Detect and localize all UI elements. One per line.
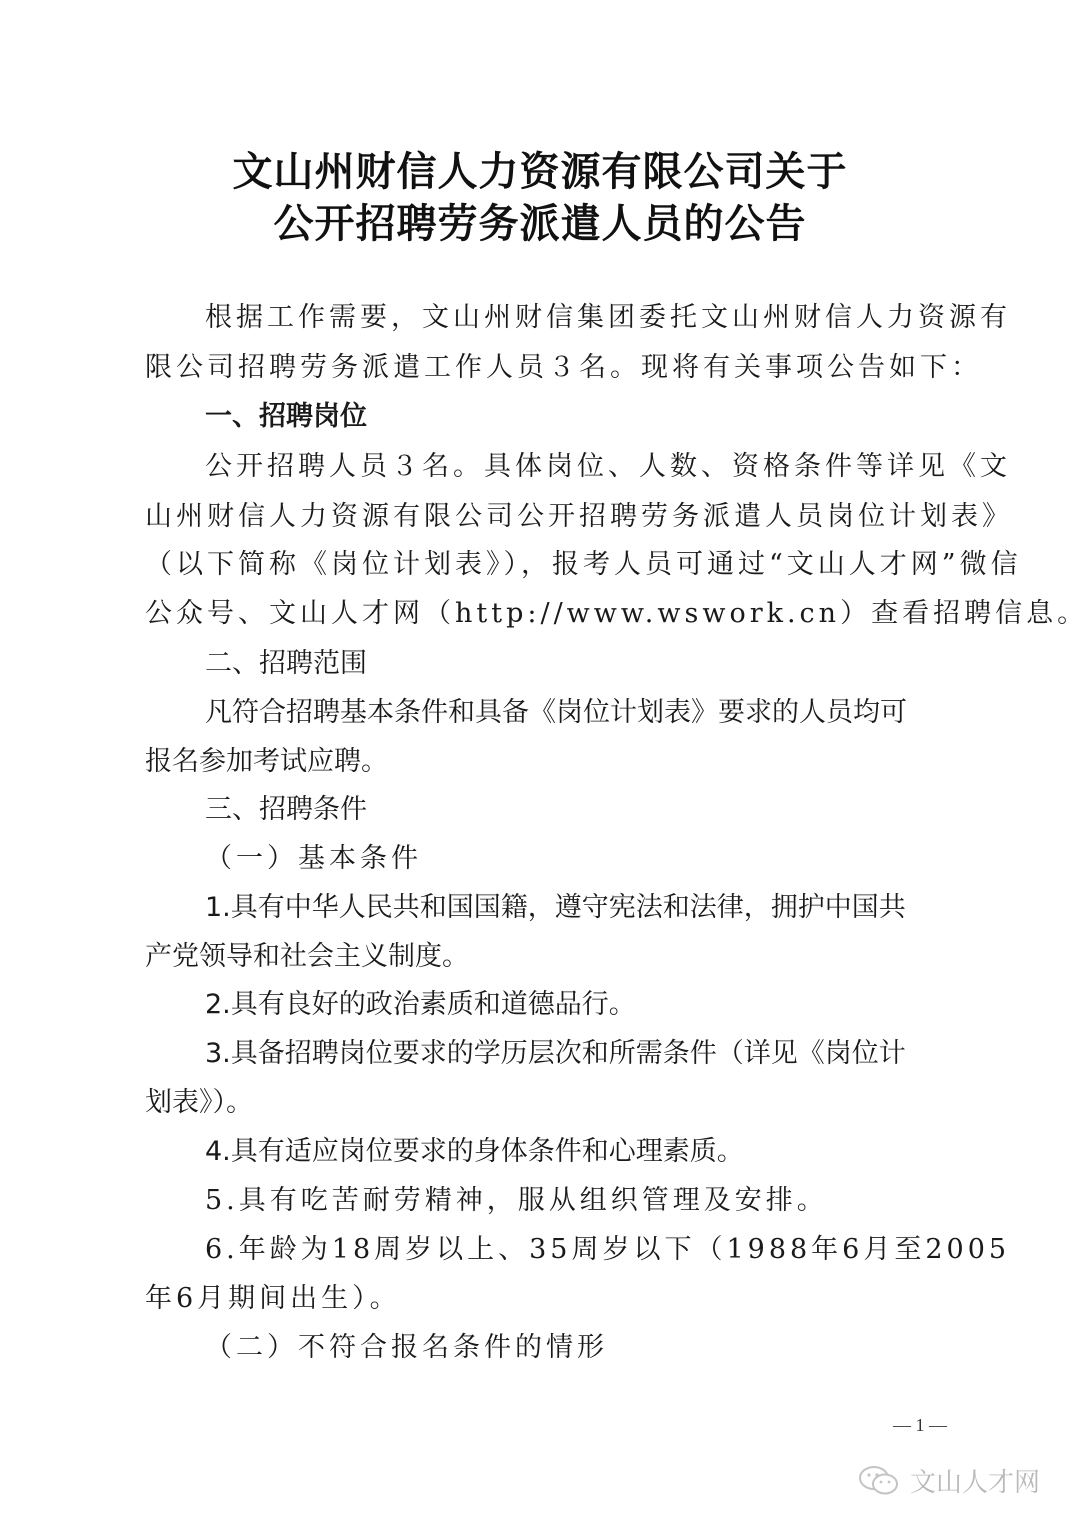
subsection-basic-conditions: （一）基本条件	[205, 841, 422, 877]
scope-paragraph-line-2: 报名参加考试应聘。	[145, 744, 388, 780]
intro-paragraph-line-1: 根据工作需要，文山州财信集团委托文山州财信人力资源有	[205, 300, 1011, 336]
condition-4: 4.具有适应岗位要求的身体条件和心理素质。	[205, 1134, 744, 1170]
positions-paragraph-line-4: 公众号、文山人才网（http://www.wswork.cn）查看招聘信息。	[145, 596, 1080, 632]
condition-3-line-1: 3.具备招聘岗位要求的学历层次和所需条件（详见《岗位计	[205, 1036, 906, 1072]
condition-2: 2.具有良好的政治素质和道德品行。	[205, 987, 636, 1023]
condition-6-line-1: 6.年龄为18周岁以上、35周岁以下（1988年6月至2005	[205, 1232, 1010, 1268]
document-page: 文山州财信人力资源有限公司关于 公开招聘劳务派遣人员的公告 根据工作需要，文山州…	[0, 0, 1080, 1527]
subsection-ineligible: （二）不符合报名条件的情形	[205, 1330, 608, 1366]
condition-3-line-2: 划表》）。	[145, 1085, 253, 1121]
scope-paragraph-line-1: 凡符合招聘基本条件和具备《岗位计划表》要求的人员均可	[205, 695, 907, 731]
intro-paragraph-line-2: 限公司招聘劳务派遣工作人员３名。现将有关事项公告如下：	[145, 350, 982, 386]
positions-paragraph-line-3: （以下简称《岗位计划表》），报考人员可通过“文山人才网”微信	[145, 547, 1022, 583]
section-heading-scope: 二、招聘范围	[205, 646, 367, 682]
watermark: 文山人才网	[858, 1462, 1040, 1499]
title-line-1: 文山州财信人力资源有限公司关于	[0, 140, 1080, 197]
title-line-2: 公开招聘劳务派遣人员的公告	[0, 192, 1080, 249]
condition-5: 5.具有吃苦耐劳精神，服从组织管理及安排。	[205, 1183, 828, 1219]
positions-paragraph-line-2: 山州财信人力资源有限公司公开招聘劳务派遣人员岗位计划表》	[145, 499, 1013, 535]
condition-6-line-2: 年6月期间出生）。	[145, 1281, 401, 1317]
positions-paragraph-line-1: 公开招聘人员３名。具体岗位、人数、资格条件等详见《文	[205, 449, 1011, 485]
section-heading-positions: 一、招聘岗位	[205, 399, 367, 435]
watermark-text: 文山人才网	[910, 1462, 1040, 1499]
condition-1-line-2: 产党领导和社会主义制度。	[145, 939, 469, 975]
section-heading-conditions: 三、招聘条件	[205, 792, 367, 828]
wechat-icon	[858, 1465, 900, 1497]
condition-1-line-1: 1.具有中华人民共和国国籍，遵守宪法和法律，拥护中国共	[205, 890, 906, 926]
page-number: — 1 —	[893, 1415, 947, 1436]
